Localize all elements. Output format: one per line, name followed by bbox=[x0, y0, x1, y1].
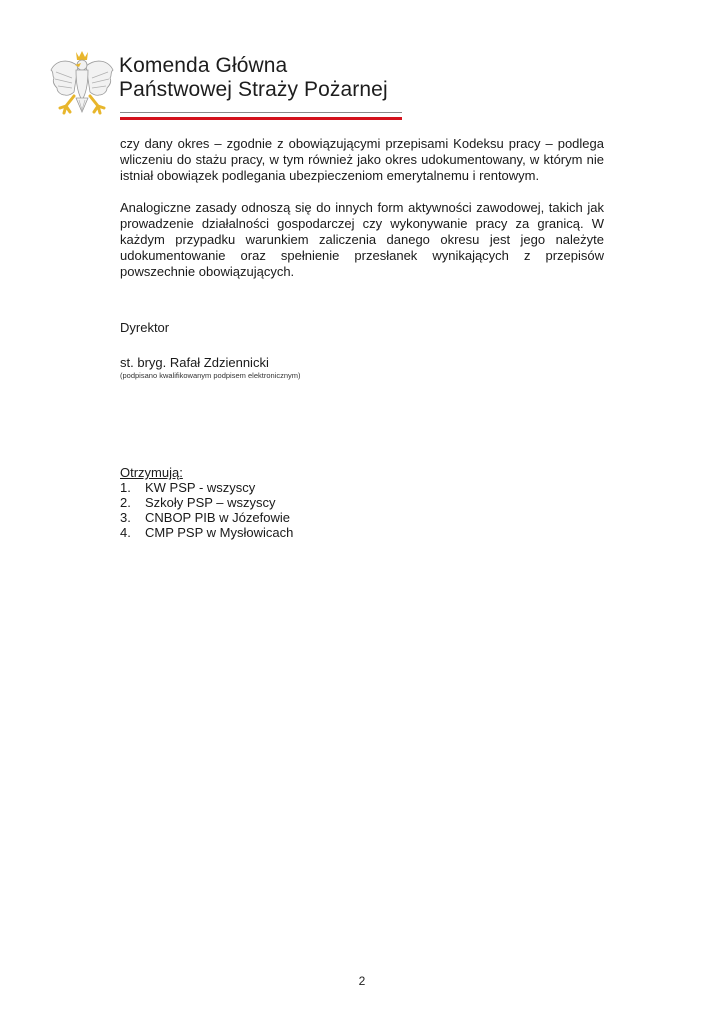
recipient-item: 4. CMP PSP w Mysłowicach bbox=[120, 525, 604, 540]
signatory-name: st. bryg. Rafał Zdziennicki bbox=[120, 355, 604, 371]
signature-note: (podpisano kwalifikowanym podpisem elekt… bbox=[120, 371, 604, 381]
recipient-item: 1. KW PSP - wszyscy bbox=[120, 480, 604, 495]
recipient-text: KW PSP - wszyscy bbox=[145, 480, 255, 495]
recipient-number: 2. bbox=[120, 495, 145, 510]
recipient-number: 1. bbox=[120, 480, 145, 495]
org-name-line2: Państwowej Straży Pożarnej bbox=[119, 78, 388, 102]
recipient-item: 3. CNBOP PIB w Józefowie bbox=[120, 510, 604, 525]
recipient-text: Szkoły PSP – wszyscy bbox=[145, 495, 276, 510]
body-paragraph-2: Analogiczne zasady odnoszą się do innych… bbox=[120, 200, 604, 280]
body-paragraph-1: czy dany okres – zgodnie z obowiązującym… bbox=[120, 136, 604, 184]
recipients-list: 1. KW PSP - wszyscy 2. Szkoły PSP – wszy… bbox=[120, 480, 604, 540]
org-name-line1: Komenda Główna bbox=[119, 54, 388, 78]
recipient-number: 3. bbox=[120, 510, 145, 525]
recipients-title: Otrzymują: bbox=[120, 465, 604, 480]
letterhead: Komenda Główna Państwowej Straży Pożarne… bbox=[48, 48, 408, 124]
polish-eagle-emblem-icon bbox=[48, 48, 116, 122]
header-divider-red bbox=[120, 117, 402, 120]
recipients-section: Otrzymują: 1. KW PSP - wszyscy 2. Szkoły… bbox=[120, 465, 604, 540]
organization-name: Komenda Główna Państwowej Straży Pożarne… bbox=[119, 54, 388, 102]
recipient-number: 4. bbox=[120, 525, 145, 540]
recipient-text: CMP PSP w Mysłowicach bbox=[145, 525, 293, 540]
signatory-title: Dyrektor bbox=[120, 320, 604, 336]
recipient-item: 2. Szkoły PSP – wszyscy bbox=[120, 495, 604, 510]
letter-body: czy dany okres – zgodnie z obowiązującym… bbox=[120, 136, 604, 540]
header-divider-gray bbox=[120, 112, 402, 113]
recipient-text: CNBOP PIB w Józefowie bbox=[145, 510, 290, 525]
page-number: 2 bbox=[352, 974, 372, 988]
